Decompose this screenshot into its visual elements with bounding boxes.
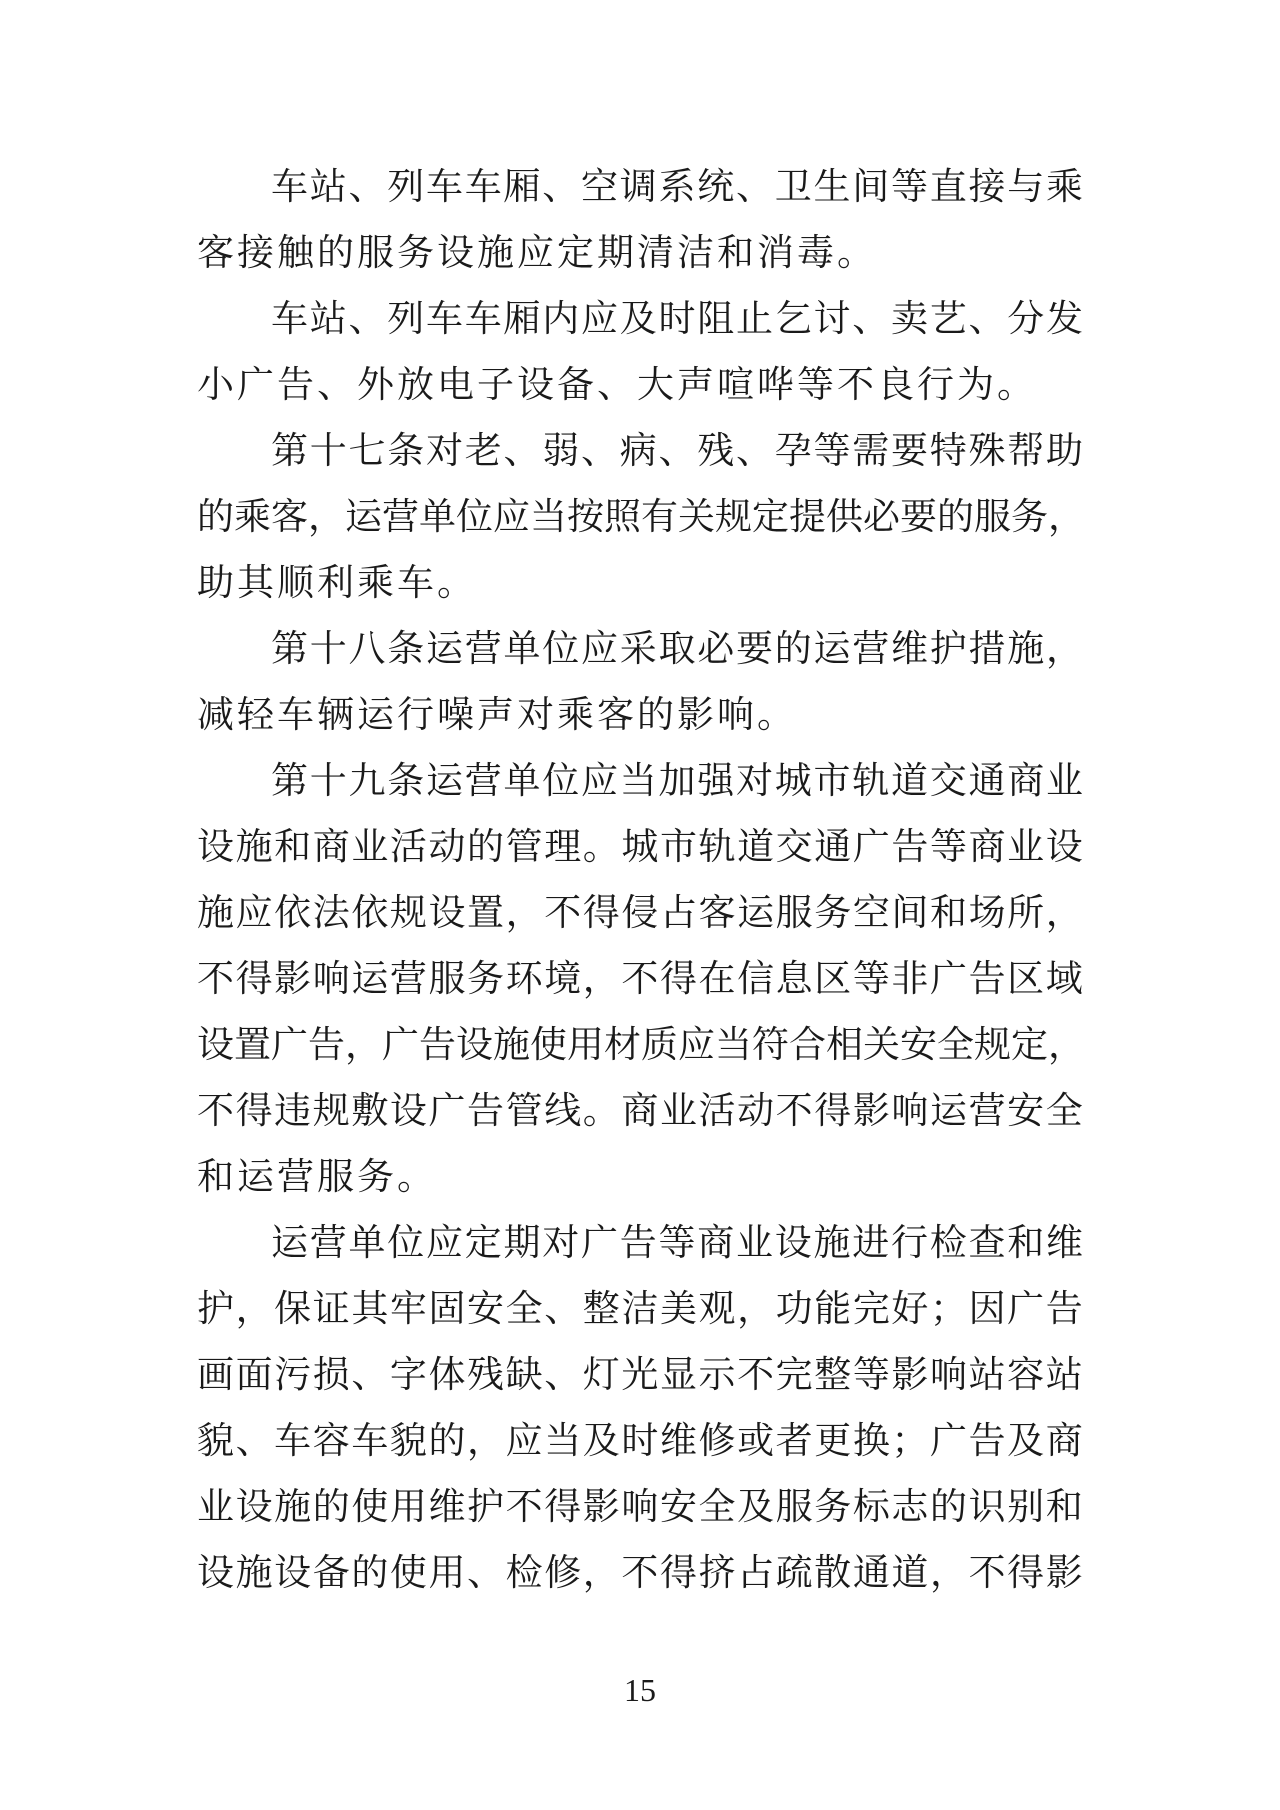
text-glyph: 营 xyxy=(465,749,502,815)
text-glyph: 广 xyxy=(1007,1277,1044,1343)
text-glyph: 商 xyxy=(621,1079,658,1145)
text-glyph: 施 xyxy=(814,1211,851,1277)
text-glyph: 更 xyxy=(814,1409,851,1475)
text-glyph: 全 xyxy=(506,1277,543,1343)
text-glyph: 施 xyxy=(197,881,234,947)
text-glyph: 不 xyxy=(776,1079,813,1145)
text-glyph: 定 xyxy=(752,485,789,551)
text-glyph: 与 xyxy=(1007,155,1044,221)
text-glyph: 厢 xyxy=(504,155,541,221)
text-glyph: 业 xyxy=(197,1475,234,1541)
text-glyph: 城 xyxy=(621,815,658,881)
text-glyph: 对 xyxy=(426,419,463,485)
text-glyph: 响 xyxy=(621,1475,658,1541)
text-glyph: 空 xyxy=(581,155,618,221)
text-glyph: 损 xyxy=(313,1343,350,1409)
text-glyph: 残 xyxy=(467,1343,504,1409)
text-glyph: 运 xyxy=(426,617,463,683)
text-glyph: 特 xyxy=(930,419,967,485)
text-glyph: 不 xyxy=(544,881,581,947)
text-glyph: 规 xyxy=(974,1013,1011,1079)
text-glyph: 当 xyxy=(530,485,567,551)
text-glyph: 因 xyxy=(969,1277,1006,1343)
text-glyph: 九 xyxy=(349,749,386,815)
text-glyph: 城 xyxy=(775,749,812,815)
text-glyph: ； xyxy=(891,1409,928,1475)
text-glyph: 业 xyxy=(736,1211,773,1277)
text-line: 业设施的使用维护不得影响安全及服务标志的识别和 xyxy=(197,1475,1083,1541)
text-glyph: 务 xyxy=(467,947,504,1013)
text-glyph: ， xyxy=(583,947,620,1013)
text-glyph: 孕 xyxy=(775,419,812,485)
text-glyph: ， xyxy=(1048,485,1085,551)
text-glyph: 活 xyxy=(390,815,427,881)
text-glyph: 显 xyxy=(660,1343,697,1409)
text-glyph: 影 xyxy=(274,947,311,1013)
text-line: 车站、列车车厢内应及时阻止乞讨、卖艺、分发 xyxy=(197,287,1083,353)
text-glyph: 通 xyxy=(853,1541,890,1607)
text-glyph: 固 xyxy=(428,1277,465,1343)
text-glyph: 理 xyxy=(544,815,581,881)
text-glyph: 内 xyxy=(542,287,579,353)
text-glyph: 容 xyxy=(313,1409,350,1475)
text-glyph: 光 xyxy=(621,1343,658,1409)
text-glyph: 护 xyxy=(197,1277,234,1343)
text-line: 第十八条运营单位应采取必要的运营维护措施， xyxy=(197,617,1083,683)
text-line: 和运营服务。 xyxy=(197,1145,1083,1211)
text-glyph: 提 xyxy=(789,485,826,551)
text-glyph: 疏 xyxy=(776,1541,813,1607)
text-glyph: 完 xyxy=(776,1343,813,1409)
text-glyph: 老 xyxy=(465,419,502,485)
text-glyph: ， xyxy=(467,1409,504,1475)
text-glyph: 应 xyxy=(426,1211,463,1277)
text-glyph: 检 xyxy=(506,1541,543,1607)
text-glyph: 动 xyxy=(737,1079,774,1145)
text-glyph: 安 xyxy=(1007,1079,1044,1145)
text-glyph: 运 xyxy=(930,1079,967,1145)
text-glyph: 保 xyxy=(274,1277,311,1343)
text-glyph: 影 xyxy=(1046,1541,1083,1607)
text-glyph: 取 xyxy=(659,617,696,683)
text-glyph: 影 xyxy=(891,1343,928,1409)
text-glyph: 不 xyxy=(737,1343,774,1409)
text-glyph: 不 xyxy=(621,1541,658,1607)
text-line: 不得影响运营服务环境，不得在信息区等非广告区域 xyxy=(197,947,1083,1013)
text-glyph: 得 xyxy=(814,1079,851,1145)
text-glyph: 直 xyxy=(930,155,967,221)
text-glyph: 通 xyxy=(814,815,851,881)
text-glyph: 照 xyxy=(604,485,641,551)
text-glyph: 相 xyxy=(826,1013,863,1079)
text-glyph: 志 xyxy=(891,1475,928,1541)
text-glyph: 应 xyxy=(506,1409,543,1475)
text-glyph: 不 xyxy=(969,1541,1006,1607)
text-glyph: 关 xyxy=(863,1013,900,1079)
text-glyph: 需 xyxy=(852,419,889,485)
text-line: 不得违规敷设广告管线。商业活动不得影响运营安全 xyxy=(197,1079,1083,1145)
text-glyph: 敷 xyxy=(351,1079,388,1145)
text-glyph: 车 xyxy=(271,287,308,353)
text-glyph: ， xyxy=(583,1541,620,1607)
text-glyph: 服 xyxy=(776,881,813,947)
text-glyph: 等 xyxy=(930,815,967,881)
text-glyph: 告 xyxy=(1046,1277,1083,1343)
text-glyph: 业 xyxy=(1046,749,1083,815)
text-line: 运营单位应定期对广告等商业设施进行检查和维 xyxy=(197,1211,1083,1277)
text-glyph: 运 xyxy=(345,485,382,551)
text-line: 助其顺利乘车。 xyxy=(197,551,1083,617)
text-glyph: 施 xyxy=(274,1475,311,1541)
text-glyph: 单 xyxy=(504,749,541,815)
text-line: 施应依法依规设置，不得侵占客运服务空间和场所， xyxy=(197,881,1083,947)
text-glyph: 得 xyxy=(236,1079,273,1145)
text-glyph: 设 xyxy=(274,1541,311,1607)
text-glyph: 要 xyxy=(736,617,773,683)
text-glyph: 车 xyxy=(465,287,502,353)
text-glyph: 车 xyxy=(426,155,463,221)
text-glyph: 管 xyxy=(506,815,543,881)
text-glyph: 运 xyxy=(271,1211,308,1277)
text-glyph: 识 xyxy=(969,1475,1006,1541)
text-glyph: 车 xyxy=(271,155,308,221)
text-line: 设施设备的使用、检修，不得挤占疏散通道，不得影 xyxy=(197,1541,1083,1607)
text-glyph: 功 xyxy=(776,1277,813,1343)
text-line: 第十七条对老、弱、病、残、孕等需要特殊帮助 xyxy=(197,419,1083,485)
text-glyph: 应 xyxy=(678,1013,715,1079)
text-glyph: 运 xyxy=(814,617,851,683)
text-glyph: 完 xyxy=(853,1277,890,1343)
text-glyph: 、 xyxy=(969,287,1006,353)
text-glyph: 系 xyxy=(659,155,696,221)
text-glyph: 区 xyxy=(814,947,851,1013)
text-glyph: 残 xyxy=(697,419,734,485)
text-glyph: 散 xyxy=(814,1541,851,1607)
text-glyph: 第 xyxy=(271,749,308,815)
text-glyph: 应 xyxy=(581,617,618,683)
text-glyph: 间 xyxy=(852,155,889,221)
text-glyph: 占 xyxy=(660,881,697,947)
text-glyph: 、 xyxy=(581,419,618,485)
text-glyph: 位 xyxy=(456,485,493,551)
text-glyph: 规 xyxy=(715,485,752,551)
text-glyph: 接 xyxy=(969,155,1006,221)
text-glyph: 、 xyxy=(852,287,889,353)
text-glyph: 得 xyxy=(1007,1541,1044,1607)
text-glyph: 美 xyxy=(660,1277,697,1343)
text-glyph: 查 xyxy=(969,1211,1006,1277)
text-glyph: 有 xyxy=(641,485,678,551)
text-glyph: 告 xyxy=(969,947,1006,1013)
text-glyph: 维 xyxy=(1046,1211,1083,1277)
text-glyph: 者 xyxy=(776,1409,813,1475)
text-glyph: 备 xyxy=(313,1541,350,1607)
text-glyph: 交 xyxy=(930,749,967,815)
text-glyph: 得 xyxy=(660,1541,697,1607)
text-glyph: 用 xyxy=(390,1475,427,1541)
text-glyph: 当 xyxy=(715,1013,752,1079)
text-glyph: 厢 xyxy=(504,287,541,353)
text-glyph: 商 xyxy=(697,1211,734,1277)
text-glyph: 等 xyxy=(853,1343,890,1409)
text-glyph: 道 xyxy=(891,1541,928,1607)
text-glyph: 不 xyxy=(197,947,234,1013)
text-glyph: 挤 xyxy=(699,1541,736,1607)
text-glyph: 条 xyxy=(387,749,424,815)
text-glyph: 交 xyxy=(776,815,813,881)
text-glyph: 采 xyxy=(620,617,657,683)
text-glyph: 乘 xyxy=(234,485,271,551)
text-glyph: 对 xyxy=(736,749,773,815)
text-glyph: ， xyxy=(1048,1013,1085,1079)
text-glyph: 响 xyxy=(891,1079,928,1145)
text-glyph: ， xyxy=(236,1277,273,1343)
text-glyph: 商 xyxy=(313,815,350,881)
text-glyph: 体 xyxy=(428,1343,465,1409)
text-glyph: 分 xyxy=(1007,287,1044,353)
text-glyph: 维 xyxy=(428,1475,465,1541)
text-glyph: 材 xyxy=(604,1013,641,1079)
text-glyph: 、 xyxy=(504,419,541,485)
text-glyph: 符 xyxy=(752,1013,789,1079)
text-glyph: 、 xyxy=(659,419,696,485)
text-line: 第十九条运营单位应当加强对城市轨道交通商业 xyxy=(197,749,1083,815)
text-glyph: 道 xyxy=(891,749,928,815)
text-glyph: 等 xyxy=(814,419,851,485)
text-glyph: 八 xyxy=(349,617,386,683)
text-glyph: 、 xyxy=(236,1409,273,1475)
text-glyph: 服 xyxy=(428,947,465,1013)
text-glyph: 影 xyxy=(583,1475,620,1541)
text-line: 貌、车容车貌的，应当及时维修或者更换；广告及商 xyxy=(197,1409,1083,1475)
text-glyph: 违 xyxy=(274,1079,311,1145)
text-glyph: 污 xyxy=(274,1343,311,1409)
text-glyph: 置 xyxy=(467,881,504,947)
text-glyph: 设 xyxy=(197,1013,234,1079)
text-glyph: 响 xyxy=(313,947,350,1013)
text-glyph: 动 xyxy=(428,815,465,881)
text-glyph: 服 xyxy=(776,1475,813,1541)
text-glyph: 得 xyxy=(544,1475,581,1541)
text-line: 的乘客，运营单位应当按照有关规定提供必要的服务， xyxy=(197,485,1083,551)
text-glyph: 使 xyxy=(530,1013,567,1079)
text-glyph: 、 xyxy=(351,1343,388,1409)
text-glyph: 施 xyxy=(236,815,273,881)
text-glyph: 、 xyxy=(349,155,386,221)
text-glyph: 等 xyxy=(891,155,928,221)
text-glyph: 的 xyxy=(428,1409,465,1475)
text-glyph: 生 xyxy=(814,155,851,221)
text-line: 小广告、外放电子设备、大声喧哗等不良行为。 xyxy=(197,353,1083,419)
text-glyph: 当 xyxy=(544,1409,581,1475)
document-page: 车站、列车车厢、空调系统、卫生间等直接与乘客接触的服务设施应定期清洁和消毒。车站… xyxy=(0,0,1280,1810)
text-glyph: 告 xyxy=(891,815,928,881)
text-glyph: 车 xyxy=(274,1409,311,1475)
text-glyph: 营 xyxy=(852,617,889,683)
text-glyph: 及 xyxy=(1007,1409,1044,1475)
text-glyph: 空 xyxy=(853,881,890,947)
text-glyph: 营 xyxy=(969,1079,1006,1145)
text-glyph: 维 xyxy=(891,617,928,683)
text-glyph: 、 xyxy=(544,1277,581,1343)
text-glyph: 响 xyxy=(930,1343,967,1409)
text-glyph: 护 xyxy=(930,617,967,683)
text-glyph: 条 xyxy=(387,419,424,485)
text-glyph: 及 xyxy=(620,287,657,353)
text-glyph: 合 xyxy=(789,1013,826,1079)
text-glyph: 乞 xyxy=(775,287,812,353)
text-glyph: 营 xyxy=(465,617,502,683)
text-glyph: 进 xyxy=(852,1211,889,1277)
text-glyph: 设 xyxy=(1046,815,1083,881)
text-glyph: 等 xyxy=(659,1211,696,1277)
text-glyph: 的 xyxy=(351,1541,388,1607)
text-glyph: 容 xyxy=(1007,1343,1044,1409)
text-glyph: 不 xyxy=(621,947,658,1013)
text-glyph: 营 xyxy=(382,485,419,551)
text-line: 客接触的服务设施应定期清洁和消毒。 xyxy=(197,221,1083,287)
text-glyph: 强 xyxy=(697,749,734,815)
text-glyph: 务 xyxy=(814,1475,851,1541)
text-glyph: 道 xyxy=(737,815,774,881)
text-glyph: 用 xyxy=(428,1541,465,1607)
text-glyph: 助 xyxy=(1046,419,1083,485)
text-line: 画面污损、字体残缺、灯光显示不完整等影响站容站 xyxy=(197,1343,1083,1409)
text-glyph: 间 xyxy=(891,881,928,947)
text-glyph: 运 xyxy=(737,881,774,947)
text-glyph: ， xyxy=(737,1277,774,1343)
text-glyph: 按 xyxy=(567,485,604,551)
text-glyph: 帮 xyxy=(1007,419,1044,485)
text-glyph: 活 xyxy=(699,1079,736,1145)
text-glyph: 能 xyxy=(814,1277,851,1343)
text-glyph: 及 xyxy=(583,1409,620,1475)
text-glyph: 整 xyxy=(814,1343,851,1409)
text-glyph: ， xyxy=(506,881,543,947)
text-glyph: 位 xyxy=(542,749,579,815)
text-glyph: 艺 xyxy=(930,287,967,353)
text-glyph: 洁 xyxy=(621,1277,658,1343)
text-glyph: 所 xyxy=(1007,881,1044,947)
text-glyph: 区 xyxy=(1007,947,1044,1013)
text-glyph: 商 xyxy=(1007,749,1044,815)
text-glyph: 市 xyxy=(660,815,697,881)
text-glyph: 轨 xyxy=(699,815,736,881)
text-glyph: 法 xyxy=(313,881,350,947)
text-glyph: 和 xyxy=(930,881,967,947)
text-line: 设置广告，广告设施使用材质应当符合相关安全规定， xyxy=(197,1013,1083,1079)
text-glyph: 卫 xyxy=(775,155,812,221)
text-glyph: 设 xyxy=(775,1211,812,1277)
text-glyph: 。 xyxy=(583,815,620,881)
text-glyph: ， xyxy=(345,1013,382,1079)
text-glyph: 貌 xyxy=(197,1409,234,1475)
text-glyph: 不 xyxy=(197,1079,234,1145)
text-glyph: 、 xyxy=(467,1541,504,1607)
text-glyph: 营 xyxy=(310,1211,347,1277)
text-glyph: 设 xyxy=(428,881,465,947)
text-glyph: 定 xyxy=(465,1211,502,1277)
text-glyph: 施 xyxy=(1007,617,1044,683)
text-glyph: 示 xyxy=(699,1343,736,1409)
text-glyph: 非 xyxy=(891,947,928,1013)
text-glyph: 设 xyxy=(236,1475,273,1541)
text-glyph: 场 xyxy=(969,881,1006,947)
text-glyph: 当 xyxy=(620,749,657,815)
text-glyph: 依 xyxy=(351,881,388,947)
text-glyph: 影 xyxy=(853,1079,890,1145)
text-glyph: 列 xyxy=(387,287,424,353)
text-glyph: 单 xyxy=(504,617,541,683)
text-glyph: 站 xyxy=(969,1343,1006,1409)
text-glyph: 期 xyxy=(504,1211,541,1277)
text-glyph: 告 xyxy=(308,1013,345,1079)
text-glyph: 轨 xyxy=(852,749,889,815)
text-line: 护，保证其牢固安全、整洁美观，功能完好；因广告 xyxy=(197,1277,1083,1343)
text-glyph: 缺 xyxy=(506,1343,543,1409)
text-glyph: 运 xyxy=(426,749,463,815)
text-glyph: 时 xyxy=(659,287,696,353)
text-glyph: 证 xyxy=(313,1277,350,1343)
text-glyph: 站 xyxy=(310,287,347,353)
document-body: 车站、列车车厢、空调系统、卫生间等直接与乘客接触的服务设施应定期清洁和消毒。车站… xyxy=(197,155,1083,1607)
text-glyph: 施 xyxy=(493,1013,530,1079)
text-glyph: 、 xyxy=(349,287,386,353)
text-glyph: 车 xyxy=(426,287,463,353)
text-glyph: ， xyxy=(308,485,345,551)
text-glyph: 止 xyxy=(736,287,773,353)
text-glyph: 条 xyxy=(387,617,424,683)
text-glyph: 广 xyxy=(853,815,890,881)
text-glyph: 修 xyxy=(544,1541,581,1607)
text-glyph: 的 xyxy=(775,617,812,683)
text-glyph: 安 xyxy=(467,1277,504,1343)
text-glyph: 要 xyxy=(891,419,928,485)
text-glyph: 、 xyxy=(544,1343,581,1409)
text-glyph: 的 xyxy=(197,485,234,551)
text-glyph: 环 xyxy=(506,947,543,1013)
text-glyph: 占 xyxy=(737,1541,774,1607)
text-glyph: ； xyxy=(930,1277,967,1343)
text-glyph: 线 xyxy=(544,1079,581,1145)
text-glyph: 车 xyxy=(465,155,502,221)
text-glyph: 车 xyxy=(351,1409,388,1475)
text-glyph: 必 xyxy=(697,617,734,683)
text-glyph: 乘 xyxy=(1046,155,1083,221)
text-glyph: 站 xyxy=(1046,1343,1083,1409)
text-glyph: 灯 xyxy=(583,1343,620,1409)
text-glyph: 讨 xyxy=(814,287,851,353)
text-glyph: 措 xyxy=(969,617,1006,683)
text-glyph: ， xyxy=(930,1541,967,1607)
text-glyph: 在 xyxy=(699,947,736,1013)
text-glyph: 单 xyxy=(419,485,456,551)
text-glyph: 安 xyxy=(660,1475,697,1541)
text-glyph: 的 xyxy=(313,1475,350,1541)
text-glyph: 必 xyxy=(863,485,900,551)
text-glyph: 或 xyxy=(737,1409,774,1475)
text-glyph: 广 xyxy=(428,1079,465,1145)
text-glyph: 得 xyxy=(660,947,697,1013)
text-glyph: 商 xyxy=(969,815,1006,881)
text-glyph: 的 xyxy=(467,815,504,881)
text-glyph: 得 xyxy=(236,947,273,1013)
text-glyph: 规 xyxy=(313,1079,350,1145)
page-number: 15 xyxy=(0,1668,1280,1712)
text-glyph: 质 xyxy=(641,1013,678,1079)
text-glyph: 对 xyxy=(542,1211,579,1277)
text-glyph: 十 xyxy=(310,617,347,683)
